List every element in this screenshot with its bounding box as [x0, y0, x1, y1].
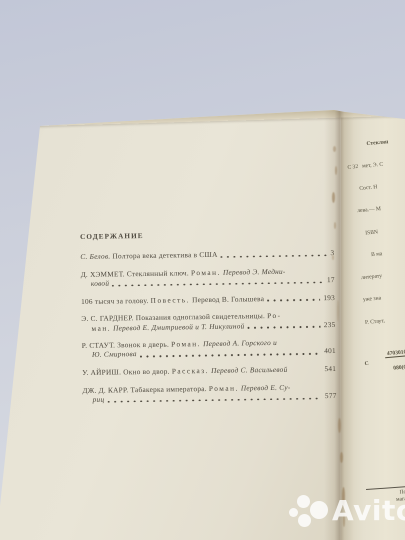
toc-genre: ман.: [91, 323, 111, 333]
foxing-spot: [332, 255, 334, 260]
toc-entry: Э. С. ГАРДНЕР. Показания одноглазой свид…: [81, 310, 335, 332]
colophon-line: уже зна: [359, 291, 405, 305]
toc-translator: Перевод А. Горского и: [201, 338, 277, 348]
catalog-numerator: 4703010100: [385, 349, 405, 359]
foxing-spot: [333, 146, 336, 152]
foxing-spot: [334, 222, 336, 229]
toc-title: У. АЙРИШ. Окно во двор.: [82, 367, 172, 378]
foxing-spot: [335, 166, 337, 175]
dot-leader: [221, 254, 328, 258]
dot-leader: [248, 325, 321, 329]
toc-title: Полтора века детектива в США: [110, 250, 217, 261]
foxing-spot: [332, 192, 335, 203]
toc-entry: С. Белов. Полтора века детектива в США 3: [80, 248, 334, 261]
colophon-line: С 32мет, Э. С: [347, 159, 405, 173]
toc-translator: ковой: [91, 278, 110, 287]
colophon-line: ISBN: [353, 225, 405, 239]
toc-genre: Роман.: [171, 339, 201, 349]
toc-translator: Перевод С. Васильевой: [209, 365, 288, 375]
catalog-prefix: С: [364, 360, 369, 368]
toc-author: С. Белов.: [80, 252, 110, 262]
toc-translator: Перевод Е. Су-: [239, 383, 291, 393]
colophon-text: мет, Э. С: [362, 162, 384, 170]
foxing-spot: [338, 418, 341, 433]
table-of-contents: СОДЕРЖАНИЕ С. Белов. Полтора века детект…: [80, 229, 337, 413]
toc-translator: Перевод Е. Дмитриевой и Т. Никулиной: [111, 321, 245, 332]
dot-leader: [267, 298, 320, 301]
book-photo: СОДЕРЖАНИЕ С. Белов. Полтора века детект…: [0, 0, 405, 540]
foxing-spot: [337, 300, 339, 322]
toc-entry: Р. СТАУТ. Звонок в дверь. Роман. Перевод…: [82, 337, 336, 359]
toc-genre: Роман.: [209, 383, 239, 393]
toc-translator: риц: [93, 395, 105, 404]
toc-entry: ДЖ. Д. КАРР. Табакерка императора. Роман…: [82, 382, 336, 404]
toc-translator: Ю. Смирнова: [92, 350, 137, 360]
colophon-line: Сост. Н: [349, 181, 405, 195]
toc-genre: Рассказ.: [172, 366, 209, 376]
dot-leader: [140, 352, 322, 357]
toc-entry: Д. ХЭММЕТ. Стеклянный ключ. Роман. Перев…: [81, 266, 335, 288]
toc-entry: 106 тысяч за голову. Повесть. Перевод В.…: [81, 293, 335, 306]
toc-entry: У. АЙРИШ. Окно во двор. Рассказ. Перевод…: [82, 364, 336, 377]
catalog-index: С 4703010100 080(02): [363, 340, 405, 383]
colophon-title: Стеклян: [345, 136, 405, 150]
toc-entry-line: 106 тысяч за голову. Повесть. Перевод В.…: [81, 293, 335, 306]
dot-leader: [112, 281, 324, 287]
toc-title: Д. ХЭММЕТ. Стеклянный ключ.: [81, 268, 191, 279]
toc-title: 106 тысяч за голову.: [81, 296, 151, 306]
avito-logo-icon: [289, 495, 328, 527]
dot-leader: [107, 397, 322, 403]
colophon-line: Р. Стаут,: [361, 314, 405, 328]
foxing-spot: [340, 452, 343, 463]
colophon-line: лева.— М: [351, 203, 405, 217]
spacer: [290, 370, 321, 373]
watermark-label: Avito: [332, 496, 405, 526]
catalog-fraction: 4703010100 080(02): [370, 341, 405, 382]
toc-genre: Роман.: [191, 267, 221, 277]
toc-entry-line: С. Белов. Полтора века детектива в США 3: [80, 248, 334, 261]
toc-genre: Повесть.: [151, 295, 190, 305]
open-book: СОДЕРЖАНИЕ С. Белов. Полтора века детект…: [0, 0, 405, 540]
toc-translator: Перевод Э. Медни-: [221, 266, 286, 276]
catalog-denominator: 080(02): [393, 364, 405, 372]
colophon-line: литерату: [357, 269, 405, 283]
gutter-crease: [324, 104, 354, 540]
toc-genre: Ро-: [267, 311, 282, 320]
colophon-line: В ма: [355, 247, 405, 261]
avito-watermark: Avito: [289, 495, 405, 527]
toc-translator: Перевод В. Голышева: [190, 294, 264, 304]
toc-entry-line: У. АЙРИШ. Окно во двор. Рассказ. Перевод…: [82, 364, 336, 377]
